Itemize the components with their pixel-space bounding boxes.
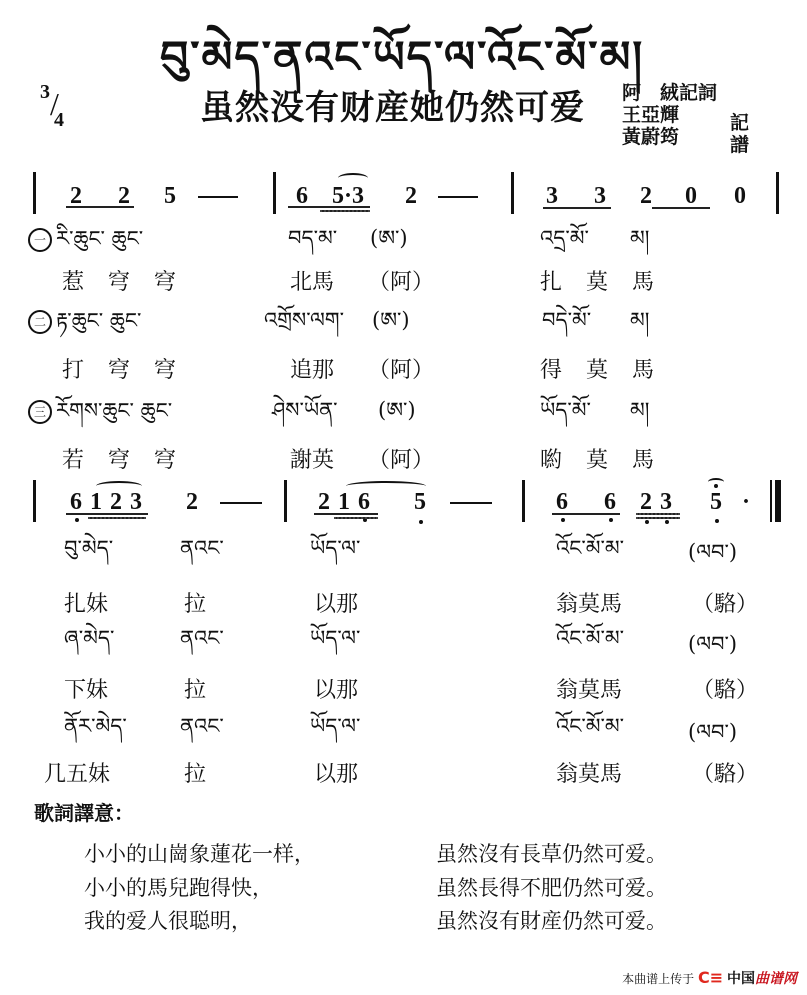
note: 2	[405, 184, 417, 208]
lyric-cn: 莫	[586, 272, 608, 294]
lyric-syllable: (ཨ་)	[370, 228, 408, 249]
lyric-cn: 馬	[632, 272, 654, 294]
note: 1	[338, 490, 350, 514]
fermata-dot	[714, 484, 718, 488]
note: 6	[604, 490, 616, 514]
low-octave-dot	[645, 520, 649, 524]
lyric-cn: 翁莫馬	[556, 594, 622, 616]
sixteenth-underline	[636, 517, 680, 519]
site-name-part-b: 曲谱网	[755, 971, 797, 987]
sixteenth-underline	[320, 210, 370, 212]
verse-marker: 一	[28, 228, 52, 252]
note: 3	[660, 490, 672, 514]
eighth-underline	[652, 207, 710, 209]
final-barline-thick	[775, 480, 781, 522]
verse-tibetan: 一རི་ཆུང་ ཆུང་	[28, 228, 143, 252]
lyric-cn: （阿）	[368, 272, 434, 294]
footer-watermark: 本曲谱上传于 C≡ 中国曲谱网	[622, 968, 797, 988]
eighth-underline	[552, 513, 620, 515]
upload-text: 本曲谱上传于	[622, 972, 694, 986]
barline	[273, 172, 276, 214]
lyric-syllable: བུ་མེད་	[64, 538, 113, 559]
lyric-syllable: (ལབ་)	[688, 722, 737, 743]
hold-dash	[450, 502, 492, 504]
translation-line-left: 小小的馬兒跑得快，	[84, 872, 273, 902]
note: 2	[640, 184, 652, 208]
lyric-cn: 穹	[154, 272, 176, 294]
lyric-cn: 追那	[290, 360, 334, 382]
lyric-cn: 莫	[586, 360, 608, 382]
lyrics-credit: 阿 絨記詞	[622, 82, 717, 104]
lyric-cn: 拉	[184, 764, 206, 786]
note: 6	[296, 184, 308, 208]
lyric-syllable: ཤེས་ཡོན་	[272, 400, 338, 421]
lyric-cn: （駱）	[692, 680, 758, 702]
sixteenth-underline	[88, 517, 146, 519]
eighth-underline	[288, 206, 370, 208]
lyric-syllable: འོང་མོ་མ་	[556, 628, 624, 649]
lyric-syllable: རི་ཆུང་	[56, 227, 105, 251]
lyric-cn: （駱）	[692, 764, 758, 786]
note: 2	[118, 184, 130, 208]
translation-line-left: 我的爱人很聪明，	[84, 905, 252, 935]
lyric-cn: 拉	[184, 680, 206, 702]
lyric-cn: 喲	[540, 450, 562, 472]
translation-line-left: 小小的山崗象蓮花一样，	[84, 838, 315, 868]
time-signature: 3 / 4	[40, 82, 64, 130]
lyric-cn: （阿）	[368, 360, 434, 382]
music-credit-2: 黃蔚筠	[622, 126, 717, 148]
note: 5	[710, 490, 722, 514]
lyric-cn: 拉	[184, 594, 206, 616]
note: 5	[164, 184, 176, 208]
note: 2	[186, 490, 198, 514]
time-signature-slash: /	[50, 88, 59, 120]
lyric-syllable: ཞ་མེད་	[64, 628, 114, 649]
note: 0	[734, 184, 746, 208]
lyric-syllable: མ།	[630, 400, 649, 421]
hold-dash	[220, 502, 262, 504]
lyric-syllable: འདྲ་མོ་	[540, 228, 589, 249]
note: 5	[414, 490, 426, 514]
low-octave-dot	[561, 518, 565, 522]
note: 6	[70, 490, 82, 514]
lyric-syllable: མ།	[630, 228, 649, 249]
final-barline-thin	[770, 480, 772, 522]
lyric-cn: 穹	[108, 272, 130, 294]
lyric-syllable: ཡོད་ལ་	[310, 538, 360, 559]
barline	[33, 480, 36, 522]
note: 2	[640, 490, 652, 514]
lyric-cn: 穹	[154, 360, 176, 382]
verse-marker: 二	[28, 310, 52, 334]
lyric-cn: 惹	[62, 272, 84, 294]
lyric-cn: 下妹	[64, 680, 108, 702]
lyric-cn: 翁莫馬	[556, 680, 622, 702]
lyric-cn: 以那	[314, 594, 358, 616]
lyric-cn: 馬	[632, 450, 654, 472]
barline	[33, 172, 36, 214]
music-credit-tag: 記譜	[730, 112, 749, 156]
note: 6	[556, 490, 568, 514]
lyric-cn: 莫	[586, 450, 608, 472]
lyric-syllable: ཆུང་	[110, 309, 141, 333]
lyric-syllable: ཆུང་	[112, 227, 143, 251]
lyric-cn: 穹	[108, 360, 130, 382]
hold-dash	[438, 196, 478, 198]
note: 5·3	[332, 184, 364, 208]
translation-line-right: 虽然沒有財産仍然可爱。	[436, 905, 667, 935]
site-logo-icon: C≡	[698, 968, 723, 987]
low-octave-dot	[665, 520, 669, 524]
lyric-syllable: ཡོད་མོ་	[540, 400, 591, 421]
lyric-cn: 打	[62, 360, 84, 382]
low-octave-dot	[715, 519, 719, 523]
low-octave-dot	[75, 518, 79, 522]
lyric-cn: 几五妹	[44, 764, 110, 786]
hold-dash	[198, 196, 238, 198]
lyric-syllable: བད་མ་	[288, 228, 337, 249]
lyric-syllable: (ལབ་)	[688, 542, 737, 563]
lyric-syllable: མ།	[630, 310, 649, 331]
verse-marker: 三	[28, 400, 52, 424]
sixteenth-underline	[334, 517, 378, 519]
credits: 阿 絨記詞 王亞輝 黃蔚筠 記譜	[622, 82, 717, 148]
lyric-cn: 馬	[632, 360, 654, 382]
note: 3	[546, 184, 558, 208]
lyric-cn: 扎妹	[64, 594, 108, 616]
lyric-syllable: རྟ་ཆུང་	[56, 309, 103, 333]
note: 2	[70, 184, 82, 208]
note: 1	[90, 490, 102, 514]
lyric-syllable: ཡོད་ལ་	[310, 716, 360, 737]
lyric-syllable: འོང་མོ་མ་	[556, 538, 624, 559]
lyric-cn: 穹	[108, 450, 130, 472]
slur	[96, 481, 142, 491]
translation-line-right: 虽然長得不肥仍然可爱。	[436, 872, 667, 902]
lyric-syllable: ནོར་མེད་	[64, 716, 127, 737]
slur	[338, 173, 368, 183]
translation-line-right: 虽然沒有長草仍然可爱。	[436, 838, 667, 868]
note: 3	[594, 184, 606, 208]
barline	[284, 480, 287, 522]
music-credit-1: 王亞輝	[622, 104, 717, 126]
eighth-underline	[66, 206, 134, 208]
lyric-syllable: བདེ་མོ་	[542, 310, 591, 331]
barline	[511, 172, 514, 214]
chinese-title: 虽然没有财産她仍然可爱	[200, 80, 585, 129]
lyric-syllable: ནའང་	[180, 538, 224, 559]
translation-heading: 歌詞譯意：	[34, 797, 134, 826]
lyric-cn: 扎	[540, 272, 562, 294]
lyric-syllable: (ལབ་)	[688, 634, 737, 655]
lyric-syllable: ཡོད་ལ་	[310, 628, 360, 649]
lyric-cn: （阿）	[368, 450, 434, 472]
barline	[522, 480, 525, 522]
note: 2	[318, 490, 330, 514]
lyric-syllable: ནའང་	[180, 716, 224, 737]
lyric-syllable: (ཨ་)	[372, 310, 410, 331]
sixteenth-underline	[636, 513, 680, 515]
note: 3	[130, 490, 142, 514]
eighth-underline	[66, 513, 148, 515]
low-octave-dot	[609, 518, 613, 522]
eighth-underline	[543, 207, 611, 209]
lyric-cn: 翁莫馬	[556, 764, 622, 786]
lyric-cn: 得	[540, 360, 562, 382]
lyric-cn: 謝英	[290, 450, 334, 472]
lyric-cn: 以那	[314, 680, 358, 702]
lyric-cn: （駱）	[692, 594, 758, 616]
lyric-cn: 若	[62, 450, 84, 472]
lyric-syllable: རོགས་ཆུང་	[56, 399, 134, 423]
lyric-syllable: འགྲོས་ལག་	[264, 310, 344, 331]
lyric-cn: 以那	[314, 764, 358, 786]
lyric-cn: 穹	[154, 450, 176, 472]
lyric-syllable: (ཨ་)	[378, 400, 416, 421]
site-name-part-a: 中国	[727, 971, 755, 987]
low-octave-dot	[419, 520, 423, 524]
verse-tibetan: 三རོགས་ཆུང་ ཆུང་	[28, 400, 172, 424]
barline	[776, 172, 779, 214]
lyric-syllable: ཆུང་	[141, 399, 172, 423]
verse-tibetan: 二རྟ་ཆུང་ ཆུང་	[28, 310, 141, 334]
eighth-underline	[314, 513, 378, 515]
lyric-cn: 北馬	[290, 272, 334, 294]
augmentation-dot: ·	[742, 490, 750, 514]
lyric-syllable: འོང་མོ་མ་	[556, 716, 624, 737]
lyric-syllable: ནའང་	[180, 628, 224, 649]
note: 2	[110, 490, 122, 514]
note: 6	[358, 490, 370, 514]
note: 0	[685, 184, 697, 208]
